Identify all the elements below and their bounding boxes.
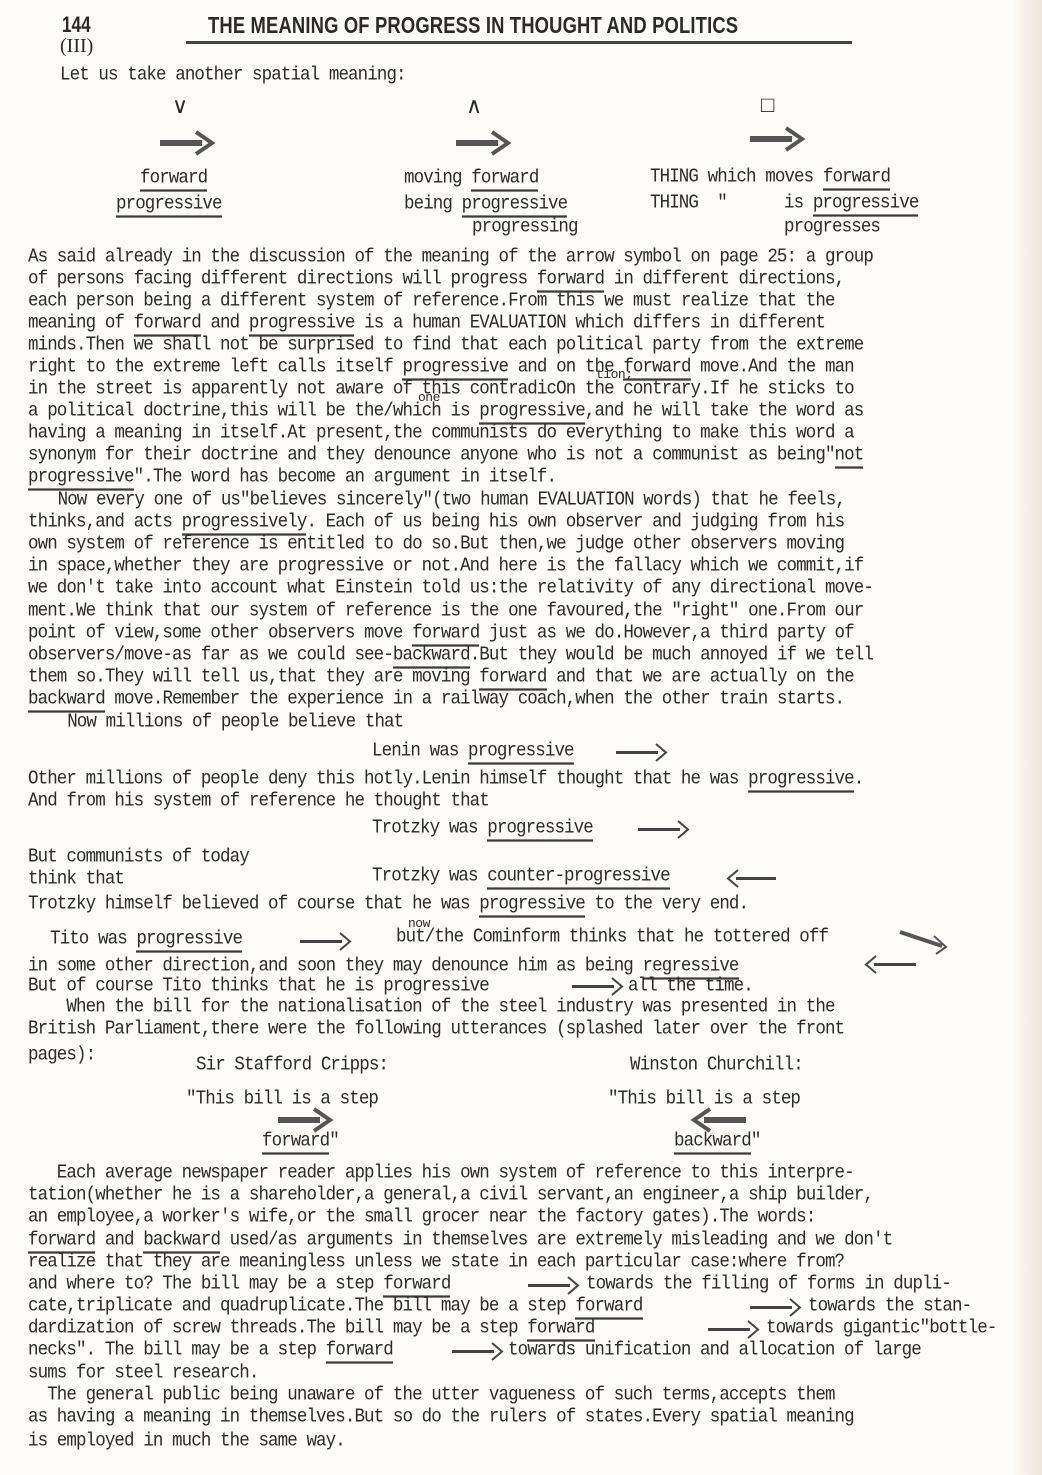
diagram-label: THING which moves forward xyxy=(650,166,890,190)
speaker-churchill: Winston Churchill: xyxy=(630,1054,803,1078)
text-line: sums for steel research. xyxy=(28,1362,258,1386)
intro-text: Let us take another spatial meaning: xyxy=(60,64,406,88)
text-line: having a meaning in itself.At present,th… xyxy=(28,422,854,446)
quote-churchill-word: backward" xyxy=(674,1130,760,1154)
text-line: progressive".The word has become an argu… xyxy=(28,466,556,490)
text-line: forward and backward used/as arguments i… xyxy=(28,1229,892,1253)
text-line: When the bill for the nationalisation of… xyxy=(28,996,835,1020)
text-line: tation(whether he is a shareholder,a gen… xyxy=(28,1184,873,1208)
text-line: meaning of forward and progressive is a … xyxy=(28,312,825,336)
text-line: own system of reference is entitled to d… xyxy=(28,533,844,557)
text-line: think that xyxy=(28,868,124,892)
chapter-number: (III) xyxy=(60,35,93,58)
left-arrow-icon xyxy=(864,954,918,976)
text-line: observers/move-as far as we could see-ba… xyxy=(28,644,873,668)
text-line: right to the extreme left calls itself p… xyxy=(28,356,854,380)
trotzky-counter-statement: Trotzky was counter-progressive xyxy=(372,865,670,889)
text-line: of persons facing different directions w… xyxy=(28,268,844,292)
text-line: is employed in much the same way. xyxy=(28,1430,345,1454)
text-line: towards gigantic"bottle- xyxy=(766,1317,996,1341)
diagram-label: forward xyxy=(140,167,207,191)
text-line: a political doctrine,this will be the/wh… xyxy=(28,400,863,424)
text-line: dardization of screw threads.The bill ma… xyxy=(28,1317,595,1341)
text-line: towards the stan- xyxy=(808,1295,971,1319)
trotzky-statement: Trotzky was progressive xyxy=(372,817,593,841)
text-line: Now every one of us"believes sincerely"(… xyxy=(48,489,845,513)
right-arrow-icon xyxy=(456,130,512,156)
and-symbol-icon: ∧ xyxy=(466,94,482,119)
text-line: And from his system of reference he thou… xyxy=(28,790,489,814)
text-line: towards unification and allocation of la… xyxy=(508,1339,921,1363)
text-line: cate,triplicate and quadruplicate.The bi… xyxy=(28,1295,643,1319)
text-line: them so.They will tell us,that they are … xyxy=(28,666,854,690)
text-line: Now millions of people believe that xyxy=(48,711,403,735)
text-line: in space,whether they are progressive or… xyxy=(28,555,863,579)
text-line: Other millions of people deny this hotly… xyxy=(28,768,863,792)
diagram-label: progressing xyxy=(472,216,578,240)
text-line: Trotzky himself believed of course that … xyxy=(28,893,748,917)
text-line: towards the filling of forms in dupli- xyxy=(586,1273,951,1297)
right-arrow-icon xyxy=(528,1275,580,1297)
diagram-label: being progressive xyxy=(404,193,567,217)
text-line: Each average newspaper reader applies hi… xyxy=(28,1162,854,1186)
text-line: pages): xyxy=(28,1044,95,1068)
text-line: The general public being unaware of the … xyxy=(28,1384,835,1408)
speaker-cripps: Sir Stafford Cripps: xyxy=(196,1054,388,1078)
tito-statement: Tito was progressive xyxy=(50,928,242,952)
text-line: and where to? The bill may be a step for… xyxy=(28,1273,450,1297)
right-arrow-icon xyxy=(616,742,668,764)
right-arrow-icon xyxy=(750,126,806,152)
text-line: minds.Then we shall not be surprised to … xyxy=(28,334,863,358)
text-line: British Parliament,there were the follow… xyxy=(28,1018,844,1042)
text-line: as having a meaning in themselves.But so… xyxy=(28,1406,854,1430)
text-line: necks". The bill may be a step forward xyxy=(28,1339,393,1363)
lenin-statement: Lenin was progressive xyxy=(372,740,574,764)
text-line: thinks,and acts progressively. Each of u… xyxy=(28,511,844,535)
header-rule xyxy=(186,41,852,44)
right-arrow-icon xyxy=(160,130,216,156)
text-line: we don't take into account what Einstein… xyxy=(28,577,873,601)
text-line: As said already in the discussion of the… xyxy=(28,246,873,270)
text-line: but/the Cominform thinks that he tottere… xyxy=(396,926,828,950)
or-symbol-icon: ∨ xyxy=(172,94,188,119)
down-right-arrow-icon xyxy=(898,926,950,956)
left-arrow-icon xyxy=(726,868,778,890)
page-edge-shadow xyxy=(1014,0,1042,1475)
text-line: each person being a different system of … xyxy=(28,290,835,314)
page-title: THE MEANING OF PROGRESS IN THOUGHT AND P… xyxy=(208,12,738,39)
diagram-label: is progressive xyxy=(784,192,918,216)
quote-cripps-word: forward" xyxy=(262,1130,339,1154)
diagram-label: progresses xyxy=(784,216,880,240)
diagram-label: progressive xyxy=(116,193,222,217)
right-arrow-icon xyxy=(750,1297,802,1319)
text-line: But communists of today xyxy=(28,846,249,870)
right-arrow-icon xyxy=(708,1319,760,1341)
right-arrow-icon xyxy=(452,1341,504,1363)
text-line: in the street is apparently not aware of… xyxy=(28,378,854,402)
right-arrow-icon xyxy=(300,931,352,953)
diagram-label: THING " xyxy=(650,192,727,216)
square-symbol-icon: □ xyxy=(761,92,774,118)
text-line: ment.We think that our system of referen… xyxy=(28,600,863,624)
right-arrow-icon xyxy=(638,819,690,841)
right-arrow-icon xyxy=(572,976,624,998)
text-line: point of view,some other observers move … xyxy=(28,622,854,646)
diagram-label: moving forward xyxy=(404,167,538,191)
text-line: synonym for their doctrine and they deno… xyxy=(28,444,863,468)
text-line: backward move.Remember the experience in… xyxy=(28,688,844,712)
text-line: realize that they are meaningless unless… xyxy=(28,1251,844,1275)
text-line: an employee,a worker's wife,or the small… xyxy=(28,1206,815,1230)
